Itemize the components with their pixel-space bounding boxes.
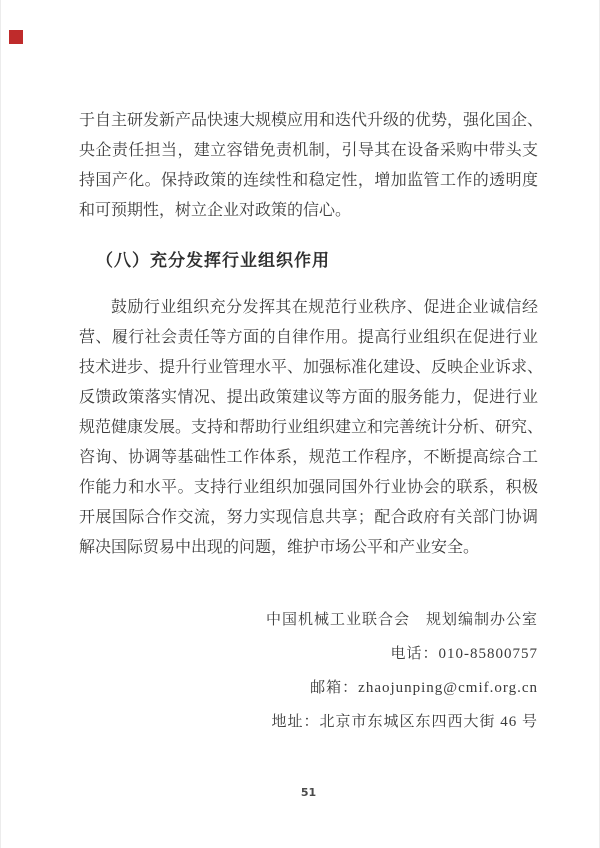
page-number: 51 xyxy=(79,786,538,799)
text-line: 持国产化。保持政策的连续性和稳定性，增加监管工作的透明度 xyxy=(79,166,538,196)
text-line: 邮箱：zhaojunping@cmif.org.cn xyxy=(79,671,538,705)
document-page: 于自主研发新产品快速大规模应用和迭代升级的优势，强化国企、央企责任担当，建立容错… xyxy=(0,0,600,848)
text-line: 和可预期性，树立企业对政策的信心。 xyxy=(79,196,538,226)
text-line: 技术进步、提升行业管理水平、加强标准化建设、反映企业诉求、 xyxy=(79,353,538,383)
text-line: 咨询、协调等基础性工作体系，规范工作程序，不断提高综合工 xyxy=(79,443,538,473)
text-line: 地址：北京市东城区东四西大街 46 号 xyxy=(79,705,538,739)
page-content: 于自主研发新产品快速大规模应用和迭代升级的优势，强化国企、央企责任担当，建立容错… xyxy=(79,106,538,799)
text-line: 营、履行社会责任等方面的自律作用。提高行业组织在促进行业 xyxy=(79,323,538,353)
text-line: 解决国际贸易中出现的问题，维护市场公平和产业安全。 xyxy=(79,533,538,563)
text-line: 作能力和水平。支持行业组织加强同国外行业协会的联系，积极 xyxy=(79,473,538,503)
text-line: 电话：010-85800757 xyxy=(79,637,538,671)
paragraph-industry-organizations: 鼓励行业组织充分发挥其在规范行业秩序、促进企业诚信经营、履行社会责任等方面的自律… xyxy=(79,293,538,563)
text-line: 开展国际合作交流，努力实现信息共享；配合政府有关部门协调 xyxy=(79,503,538,533)
text-line: 规范健康发展。支持和帮助行业组织建立和完善统计分析、研究、 xyxy=(79,413,538,443)
text-line: 鼓励行业组织充分发挥其在规范行业秩序、促进企业诚信经 xyxy=(79,293,538,323)
text-line: 反馈政策落实情况、提出政策建议等方面的服务能力，促进行业 xyxy=(79,383,538,413)
contact-block: 中国机械工业联合会 规划编制办公室电话：010-85800757邮箱：zhaoj… xyxy=(79,603,538,739)
red-square-marker xyxy=(9,30,23,44)
text-line: 央企责任担当，建立容错免责机制，引导其在设备采购中带头支 xyxy=(79,136,538,166)
text-line: 中国机械工业联合会 规划编制办公室 xyxy=(79,603,538,637)
paragraph-policy-continuation: 于自主研发新产品快速大规模应用和迭代升级的优势，强化国企、央企责任担当，建立容错… xyxy=(79,106,538,226)
text-line: 于自主研发新产品快速大规模应用和迭代升级的优势，强化国企、 xyxy=(79,106,538,136)
section-heading: （八）充分发挥行业组织作用 xyxy=(79,246,538,276)
